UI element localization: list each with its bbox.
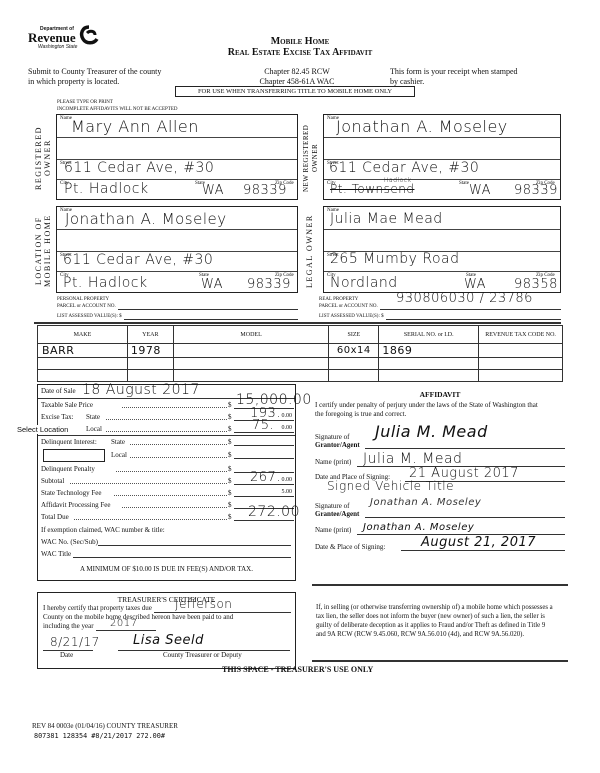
grantee-sig-label1: Signature of: [315, 502, 349, 510]
registered-owner-box: Name Mary Ann Allen Street 611 Cedar Ave…: [56, 114, 298, 200]
total-due-label: Total Due: [41, 513, 69, 521]
personal-assessed-field[interactable]: [124, 313, 298, 320]
location-select-box[interactable]: [43, 449, 105, 462]
new-owner-street[interactable]: 611 Cedar Ave, #30: [329, 160, 479, 176]
title-line1: Mobile Home: [150, 36, 450, 47]
legal-owner-city[interactable]: Nordland: [330, 275, 398, 291]
subtotal-preprint: 0.00: [282, 477, 293, 483]
date-of-sale-row: Date of Sale: [41, 387, 76, 395]
personal-property-label: PERSONAL PROPERTY: [57, 296, 298, 303]
receipt-note-line1: This form is your receipt when stamped: [390, 67, 518, 77]
table-row: BARR 1978 60x14 1869: [38, 344, 563, 358]
col-size: SIZE: [329, 326, 379, 344]
real-parcel-value: 930806030 / 23786: [396, 295, 533, 302]
grantee-signature: Jonathan A. Moseley: [370, 499, 481, 507]
location-street[interactable]: 611 Cedar Ave, #30: [63, 252, 213, 268]
registered-owner-zip[interactable]: 98339: [243, 183, 287, 198]
cell-tax-code[interactable]: [479, 358, 563, 370]
wac-title-row: WAC Title: [41, 550, 291, 558]
excise-state-preprint: 0.00: [282, 413, 293, 419]
cell-model[interactable]: [173, 370, 329, 382]
subtotal-value: 267.: [250, 470, 281, 485]
treasurer-date-label: Date: [60, 651, 73, 660]
logo-state-text: Washington State: [38, 44, 77, 50]
location-state[interactable]: WA: [201, 277, 223, 292]
location-box: Name Jonathan A. Moseley Street 611 Ceda…: [56, 206, 298, 293]
cell-year[interactable]: 1978: [127, 344, 173, 358]
real-assessed-label: LIST ASSESSED VALUE(S): $: [319, 313, 384, 320]
table-row: [38, 370, 563, 382]
col-serial: SERIAL NO. or I.D.: [379, 326, 479, 344]
delinquent-state-label: State: [111, 438, 125, 446]
grantee-date-label: Date & Place of Signing:: [315, 543, 385, 551]
treasurer-signature: Lisa Seeld: [133, 636, 204, 645]
wac-no-row: WAC No. (Sec/Sub): [41, 538, 291, 546]
treasurer-line3: including the year 2017: [38, 622, 295, 631]
treasurer-title: TREASURER'S CERTIFICATE: [38, 595, 295, 604]
grantee-signature-line[interactable]: [365, 517, 565, 518]
legal-owner-zip[interactable]: 98358: [514, 277, 558, 292]
grantee-date-value: August 21, 2017: [421, 535, 536, 550]
cell-size[interactable]: [329, 358, 379, 370]
select-location-label[interactable]: Select Location: [17, 425, 68, 434]
treasurer-county-value: Jefferson: [175, 600, 232, 609]
page-title: Mobile Home Real Estate Excise Tax Affid…: [150, 36, 450, 58]
delinquent-interest-state-field[interactable]: [234, 436, 294, 446]
total-due-field[interactable]: 272.00: [234, 511, 294, 521]
chapter-refs: Chapter 82.45 RCW Chapter 458-61A WAC: [256, 67, 338, 87]
col-make: MAKE: [38, 326, 128, 344]
legal-owner-street[interactable]: 265 Mumby Road: [330, 251, 460, 267]
real-assessed-field[interactable]: [386, 313, 561, 320]
cell-size[interactable]: 60x14: [329, 344, 379, 358]
dollar-sign: $: [228, 501, 232, 509]
legal-owner-label: LEGAL OWNER: [305, 208, 319, 294]
treasurer-certificate: TREASURER'S CERTIFICATE I hereby certify…: [37, 592, 296, 669]
total-due-value: 272.00: [248, 504, 300, 520]
grantee-signature-row: Signature of Grantee/Agent Jonathan A. M…: [315, 497, 565, 519]
lien-notice: If, in selling (or otherwise transferrin…: [316, 603, 554, 639]
treasurer-line1-text: I hereby certify that property taxes due: [43, 604, 152, 613]
cell-tax-code[interactable]: [479, 344, 563, 358]
section-divider: [34, 322, 561, 324]
excise-state-label: State: [86, 413, 100, 421]
registered-owner-city[interactable]: Pt. Hadlock: [64, 181, 149, 197]
tech-fee-label: State Technology Fee: [41, 489, 101, 497]
dollar-sign: $: [228, 489, 232, 497]
dollar-sign: $: [228, 513, 232, 521]
submit-note-line1: Submit to County Treasurer of the county: [28, 67, 161, 77]
cell-model[interactable]: [173, 358, 329, 370]
col-year: YEAR: [127, 326, 173, 344]
personal-parcel-field[interactable]: [118, 303, 298, 310]
excise-local-value: 75.: [252, 418, 274, 433]
wac-title-label: WAC Title: [41, 550, 71, 558]
affidavit-section: AFFIDAVIT I certify under penalty of per…: [315, 390, 565, 419]
excise-tax-label: Excise Tax:: [41, 413, 74, 421]
logo-revenue-text: Revenue: [28, 32, 76, 44]
delinquent-interest-local-field[interactable]: [234, 449, 294, 459]
treasurer-year-value: 2017: [110, 619, 137, 628]
grantor-place-value: Signed Vehicle Title: [327, 479, 454, 493]
chapter-rcw: Chapter 82.45 RCW: [256, 67, 338, 77]
treasurer-space-label: THIS SPACE - TREASURER'S USE ONLY: [222, 665, 373, 674]
treasurer-line3-text: including the year: [43, 622, 94, 631]
delinquent-penalty-label: Delinquent Penalty: [41, 465, 95, 473]
tech-fee-value: 5.00: [282, 489, 293, 495]
cell-model[interactable]: [173, 344, 329, 358]
registered-owner-name[interactable]: Mary Ann Allen: [71, 117, 199, 136]
registered-owner-state[interactable]: WA: [202, 183, 224, 198]
new-owner-city-correction[interactable]: Hadlock: [384, 177, 412, 184]
receipt-stamp: 807381 128354 #8/21/2017 272.00#: [34, 732, 165, 740]
wac-no-label: WAC No. (Sec/Sub): [41, 538, 98, 546]
cell-serial[interactable]: 1869: [379, 344, 479, 358]
excise-local-field[interactable]: 75. 0.00: [234, 423, 294, 433]
registered-owner-label: REGISTEREDOWNER: [34, 116, 54, 200]
taxable-price-label: Taxable Sale Price: [41, 401, 93, 409]
affidavit-title: AFFIDAVIT: [315, 390, 565, 399]
grantee-sig-label2: Grantee/Agent: [315, 510, 359, 518]
grantor-sig-label1: Signature of: [315, 433, 349, 441]
excise-local-preprint: 0.00: [282, 425, 293, 431]
table-row: [38, 358, 563, 370]
receipt-note: This form is your receipt when stamped b…: [390, 67, 518, 87]
registered-owner-street[interactable]: 611 Cedar Ave, #30: [64, 160, 214, 176]
dollar-sign: $: [228, 477, 232, 485]
dollar-sign: $: [228, 401, 232, 409]
grantor-signature-line[interactable]: [365, 448, 565, 449]
cell-make[interactable]: [38, 370, 128, 382]
cell-serial[interactable]: [379, 358, 479, 370]
new-owner-zip[interactable]: 98339: [514, 183, 558, 198]
cell-tax-code[interactable]: [479, 370, 563, 382]
dollar-sign: $: [228, 438, 232, 446]
submit-note-line2: in which property is located.: [28, 77, 161, 87]
title-line2: Real Estate Excise Tax Affidavit: [150, 47, 450, 58]
wac-no-field[interactable]: [98, 538, 291, 546]
dollar-sign: $: [228, 451, 232, 459]
notice-divider: [312, 660, 568, 662]
affidavit-certify-text: I certify under penalty of perjury under…: [315, 401, 547, 419]
col-model: MODEL: [173, 326, 329, 344]
date-of-sale-label: Date of Sale: [41, 387, 76, 395]
form-id: REV 84 0003e (01/04/16) COUNTY TREASURER: [32, 722, 178, 730]
dollar-sign: $: [228, 413, 232, 421]
exemption-label: If exemption claimed, WAC number & title…: [41, 526, 165, 534]
excise-local-label: Local: [86, 425, 102, 433]
location-label: LOCATION OFMOBILE HOME: [34, 208, 56, 294]
grantor-signature: Julia M. Mead: [375, 428, 488, 436]
grantor-name-value: Julia M. Mead: [363, 451, 462, 467]
delinquent-local-label: Local: [111, 451, 127, 459]
grantor-name-label: Name (print): [315, 458, 351, 466]
new-owner-name[interactable]: Jonathan A. Moseley: [336, 117, 508, 136]
grantor-sig-label2: Grantor/Agent: [315, 441, 360, 449]
delinquent-interest-label: Delinquent Interest:: [41, 438, 97, 446]
dollar-sign: $: [228, 425, 232, 433]
instructions-line1: PLEASE TYPE OR PRINT: [57, 99, 178, 106]
personal-property: PERSONAL PROPERTY PARCEL or ACCOUNT NO. …: [57, 296, 298, 320]
minimum-due-note: A MINIMUM OF $10.00 IS DUE IN FEE(S) AND…: [38, 565, 295, 573]
cell-serial[interactable]: [379, 370, 479, 382]
treasurer-line1: I hereby certify that property taxes due…: [38, 604, 295, 613]
tech-fee-field: 5.00: [234, 487, 294, 497]
mobile-home-table: MAKE YEAR MODEL SIZE SERIAL NO. or I.D. …: [37, 325, 563, 382]
legal-owner-state[interactable]: WA: [464, 277, 486, 292]
instructions-line2: INCOMPLETE AFFIDAVITS WILL NOT BE ACCEPT…: [57, 106, 178, 113]
wac-title-field[interactable]: [73, 550, 291, 558]
new-owner-state[interactable]: WA: [469, 183, 491, 198]
grantor-signature-row: Signature of Grantor/Agent Julia M. Mead: [315, 428, 565, 450]
table-header-row: MAKE YEAR MODEL SIZE SERIAL NO. or I.D. …: [38, 326, 563, 344]
location-zip[interactable]: 98339: [247, 277, 291, 292]
grantor-date-row: Date and Place of Signing: 21 August 201…: [315, 469, 565, 493]
legal-owner-box: Name Julia Mae Mead Street 265 Mumby Roa…: [323, 206, 561, 293]
transfer-banner: FOR USE WHEN TRANSFERRING TITLE TO MOBIL…: [175, 86, 415, 97]
cell-year[interactable]: [127, 370, 173, 382]
legal-owner-name[interactable]: Julia Mae Mead: [330, 211, 443, 227]
location-name[interactable]: Jonathan A. Moseley: [65, 210, 227, 228]
dollar-sign: $: [228, 465, 232, 473]
grantee-name-value: Jonathan A. Moseley: [363, 522, 474, 533]
submit-note: Submit to County Treasurer of the county…: [28, 67, 161, 87]
location-city[interactable]: Pt. Hadlock: [63, 275, 148, 291]
grantee-date-row: Date & Place of Signing: August 21, 2017: [315, 537, 565, 553]
state-label: State: [459, 181, 469, 186]
personal-parcel-label: PARCEL or ACCOUNT NO.: [57, 303, 116, 310]
personal-assessed-label: LIST ASSESSED VALUE(S): $: [57, 313, 122, 320]
new-registered-owner-box: Name Jonathan A. Moseley Street 611 Ceda…: [323, 114, 561, 200]
date-of-sale-value[interactable]: 18 August 2017: [82, 382, 200, 398]
new-owner-city-struck[interactable]: Pt. Townsend: [330, 182, 414, 196]
subtotal-field[interactable]: 267. 0.00: [234, 475, 294, 485]
grantee-date-field[interactable]: [401, 550, 565, 551]
cell-make[interactable]: [38, 358, 128, 370]
instructions: PLEASE TYPE OR PRINT INCOMPLETE AFFIDAVI…: [57, 99, 178, 113]
col-tax-code: REVENUE TAX CODE NO.: [479, 326, 563, 344]
subtotal-label: Subtotal: [41, 477, 64, 485]
real-parcel-label: PARCEL or ACCOUNT NO.: [319, 303, 378, 310]
dor-logo: Department of Revenue Washington State: [28, 25, 108, 55]
processing-fee-label: Affidavit Processing Fee: [41, 501, 110, 509]
affidavit-divider: [312, 584, 568, 586]
cell-make[interactable]: BARR: [38, 344, 128, 358]
treasurer-date-value: 8/21/17: [50, 638, 100, 647]
dor-swirl-logo-icon: [78, 25, 100, 45]
treasurer-sig-label: County Treasurer or Deputy: [163, 651, 242, 660]
treasurer-line2: County on the mobile home described here…: [38, 613, 295, 622]
grantee-name-label: Name (print): [315, 526, 351, 534]
real-property: REAL PROPERTY PARCEL or ACCOUNT NO. 9308…: [319, 296, 561, 320]
tax-calculation-box: Date of Sale 18 August 2017 Taxable Sale…: [37, 384, 296, 581]
cell-year[interactable]: [127, 358, 173, 370]
new-registered-owner-label: NEW REGISTEREDOWNER: [302, 116, 322, 200]
grantee-name-row: Name (print) Jonathan A. Moseley: [315, 522, 565, 536]
cell-size[interactable]: [329, 370, 379, 382]
